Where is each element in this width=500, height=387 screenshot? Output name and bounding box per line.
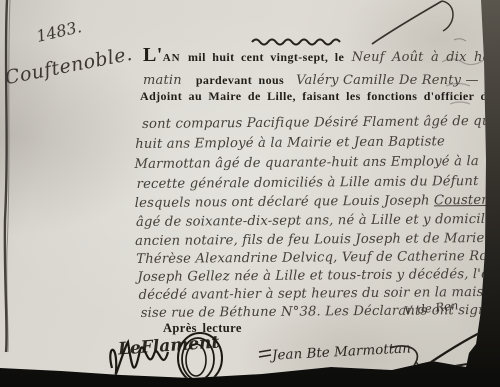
deceased-name: Coustenob xyxy=(434,193,500,209)
paper: 1483. Couftenoble. L'AN mil huit cent vi… xyxy=(0,0,500,387)
binding-crease-line xyxy=(0,0,20,387)
ink-bleed-marks xyxy=(440,52,490,112)
corner-flourish xyxy=(350,0,470,50)
body-line-declaration: lesquels nous ont déclaré que Louis Jose… xyxy=(135,193,500,211)
header-line-2: matin pardevant nous Valéry Camille De R… xyxy=(143,71,479,89)
flament-signature-flourish xyxy=(104,328,244,386)
document-photo: 1483. Couftenoble. L'AN mil huit cent vi… xyxy=(0,0,500,387)
header-line1-printed: mil huit cent vingt-sept, le xyxy=(188,50,344,64)
body-line: âgé de soixante-dix-sept ans, né à Lille… xyxy=(136,212,498,230)
renty-signature-flourish xyxy=(406,318,500,386)
body-declaration-pre: lesquels nous ont déclaré que Louis Jose… xyxy=(135,193,434,211)
act-number: 1483. xyxy=(34,17,83,46)
header-lan-capital: L' xyxy=(143,44,163,66)
body-line: Joseph Gellez née à Lille et tous-trois … xyxy=(137,267,500,285)
body-line: huit ans Employé à la Mairie et Jean Bap… xyxy=(135,134,445,152)
header-line2-handwritten-start: matin xyxy=(143,73,182,88)
header-lan-smallcaps: AN xyxy=(163,52,181,64)
body-line: ancien notaire, fils de feu Louis Joseph… xyxy=(135,231,484,249)
body-line: sont comparus Pacifique Désiré Flament â… xyxy=(142,114,500,132)
body-line: recette générale domiciliés à Lille amis… xyxy=(137,174,479,192)
body-line: Marmottan âgé de quarante-huit ans Emplo… xyxy=(134,154,479,172)
body-line: Thérèse Alexandrine Delvicq, Veuf de Cat… xyxy=(136,249,500,267)
header-line2-printed: pardevant nous xyxy=(196,73,284,87)
squiggle-divider xyxy=(251,37,343,47)
margin-name: Couftenoble. xyxy=(3,43,134,89)
